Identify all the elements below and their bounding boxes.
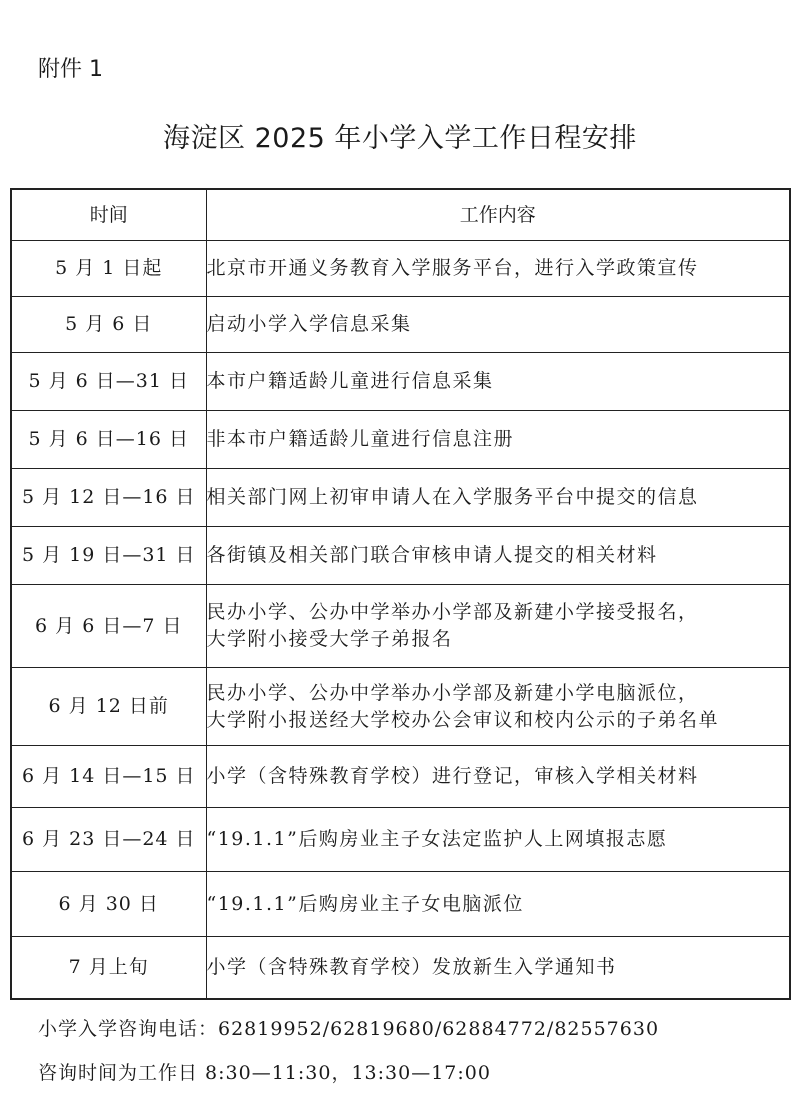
row-time: 5 月 6 日 <box>11 297 206 353</box>
row-content: 相关部门网上初审申请人在入学服务平台中提交的信息 <box>206 469 790 527</box>
consult-phone: 小学入学咨询电话：62819952/62819680/62884772/8255… <box>38 1014 659 1041</box>
row-time: 5 月 1 日起 <box>11 241 206 297</box>
table-row: 6 月 14 日—15 日小学（含特殊教育学校）进行登记，审核入学相关材料 <box>11 746 790 808</box>
row-content: “19.1.1”后购房业主子女电脑派位 <box>206 872 790 937</box>
table-row: 6 月 30 日“19.1.1”后购房业主子女电脑派位 <box>11 872 790 937</box>
row-content-line: 大学附小报送经大学校办公会审议和校内公示的子弟名单 <box>207 707 790 734</box>
header-content: 工作内容 <box>206 189 790 241</box>
row-content-line: 北京市开通义务教育入学服务平台，进行入学政策宣传 <box>207 255 790 282</box>
row-time: 6 月 14 日—15 日 <box>11 746 206 808</box>
annex-label: 附件 1 <box>38 52 103 83</box>
table-row: 5 月 19 日—31 日各街镇及相关部门联合审核申请人提交的相关材料 <box>11 527 790 585</box>
row-content: “19.1.1”后购房业主子女法定监护人上网填报志愿 <box>206 808 790 872</box>
row-content-line: 各街镇及相关部门联合审核申请人提交的相关材料 <box>207 542 790 569</box>
row-content-line: 小学（含特殊教育学校）发放新生入学通知书 <box>207 954 790 981</box>
row-content-line: 非本市户籍适龄儿童进行信息注册 <box>207 426 790 453</box>
consult-hours: 咨询时间为工作日 8:30—11:30，13:30—17:00 <box>38 1058 491 1085</box>
row-content-line: 民办小学、公办中学举办小学部及新建小学电脑派位， <box>207 680 790 707</box>
row-content-line: 民办小学、公办中学举办小学部及新建小学接受报名， <box>207 599 790 626</box>
document-title: 海淀区 2025 年小学入学工作日程安排 <box>0 116 800 155</box>
row-content: 小学（含特殊教育学校）进行登记，审核入学相关材料 <box>206 746 790 808</box>
row-content-line: 小学（含特殊教育学校）进行登记，审核入学相关材料 <box>207 763 790 790</box>
row-content-line: 大学附小接受大学子弟报名 <box>207 626 790 653</box>
schedule-table: 时间 工作内容 5 月 1 日起北京市开通义务教育入学服务平台，进行入学政策宣传… <box>10 188 791 1000</box>
row-time: 6 月 30 日 <box>11 872 206 937</box>
row-content: 本市户籍适龄儿童进行信息采集 <box>206 353 790 411</box>
table-row: 6 月 23 日—24 日“19.1.1”后购房业主子女法定监护人上网填报志愿 <box>11 808 790 872</box>
row-time: 5 月 12 日—16 日 <box>11 469 206 527</box>
row-content: 北京市开通义务教育入学服务平台，进行入学政策宣传 <box>206 241 790 297</box>
table-row: 6 月 12 日前民办小学、公办中学举办小学部及新建小学电脑派位，大学附小报送经… <box>11 668 790 746</box>
table-row: 5 月 6 日启动小学入学信息采集 <box>11 297 790 353</box>
row-time: 5 月 6 日—31 日 <box>11 353 206 411</box>
row-time: 5 月 19 日—31 日 <box>11 527 206 585</box>
row-content-line: “19.1.1”后购房业主子女电脑派位 <box>207 891 790 918</box>
row-content-line: 相关部门网上初审申请人在入学服务平台中提交的信息 <box>207 484 790 511</box>
row-content-line: “19.1.1”后购房业主子女法定监护人上网填报志愿 <box>207 826 790 853</box>
table-row: 5 月 6 日—31 日本市户籍适龄儿童进行信息采集 <box>11 353 790 411</box>
row-content: 民办小学、公办中学举办小学部及新建小学电脑派位，大学附小报送经大学校办公会审议和… <box>206 668 790 746</box>
row-time: 5 月 6 日—16 日 <box>11 411 206 469</box>
table-row: 5 月 12 日—16 日相关部门网上初审申请人在入学服务平台中提交的信息 <box>11 469 790 527</box>
row-content: 小学（含特殊教育学校）发放新生入学通知书 <box>206 937 790 999</box>
row-time: 6 月 12 日前 <box>11 668 206 746</box>
row-time: 7 月上旬 <box>11 937 206 999</box>
row-time: 6 月 23 日—24 日 <box>11 808 206 872</box>
table-header-row: 时间 工作内容 <box>11 189 790 241</box>
table-row: 5 月 6 日—16 日非本市户籍适龄儿童进行信息注册 <box>11 411 790 469</box>
row-content: 启动小学入学信息采集 <box>206 297 790 353</box>
row-content: 非本市户籍适龄儿童进行信息注册 <box>206 411 790 469</box>
header-time: 时间 <box>11 189 206 241</box>
table-row: 6 月 6 日—7 日民办小学、公办中学举办小学部及新建小学接受报名，大学附小接… <box>11 585 790 668</box>
row-content: 各街镇及相关部门联合审核申请人提交的相关材料 <box>206 527 790 585</box>
row-time: 6 月 6 日—7 日 <box>11 585 206 668</box>
row-content: 民办小学、公办中学举办小学部及新建小学接受报名，大学附小接受大学子弟报名 <box>206 585 790 668</box>
table-row: 5 月 1 日起北京市开通义务教育入学服务平台，进行入学政策宣传 <box>11 241 790 297</box>
row-content-line: 启动小学入学信息采集 <box>207 311 790 338</box>
table-row: 7 月上旬小学（含特殊教育学校）发放新生入学通知书 <box>11 937 790 999</box>
row-content-line: 本市户籍适龄儿童进行信息采集 <box>207 368 790 395</box>
